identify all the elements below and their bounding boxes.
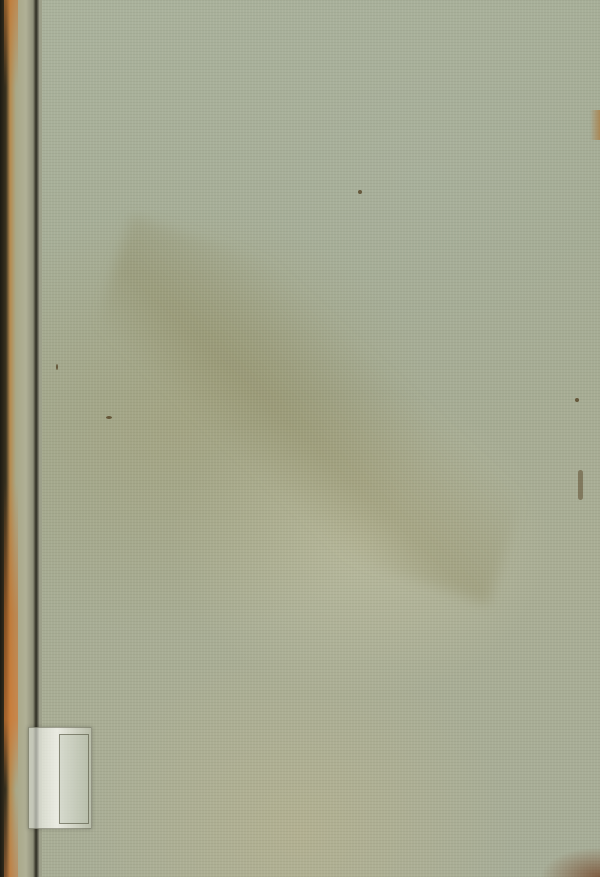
spot (575, 398, 579, 402)
library-label-tape (28, 727, 92, 829)
spot (358, 190, 362, 194)
water-stain (51, 215, 569, 604)
spot (106, 416, 112, 419)
spot (578, 470, 583, 500)
spot (56, 364, 58, 370)
corner-wear (540, 847, 600, 877)
book-cover (0, 0, 600, 877)
spine-wear (4, 0, 18, 877)
edge-wear (590, 110, 600, 140)
